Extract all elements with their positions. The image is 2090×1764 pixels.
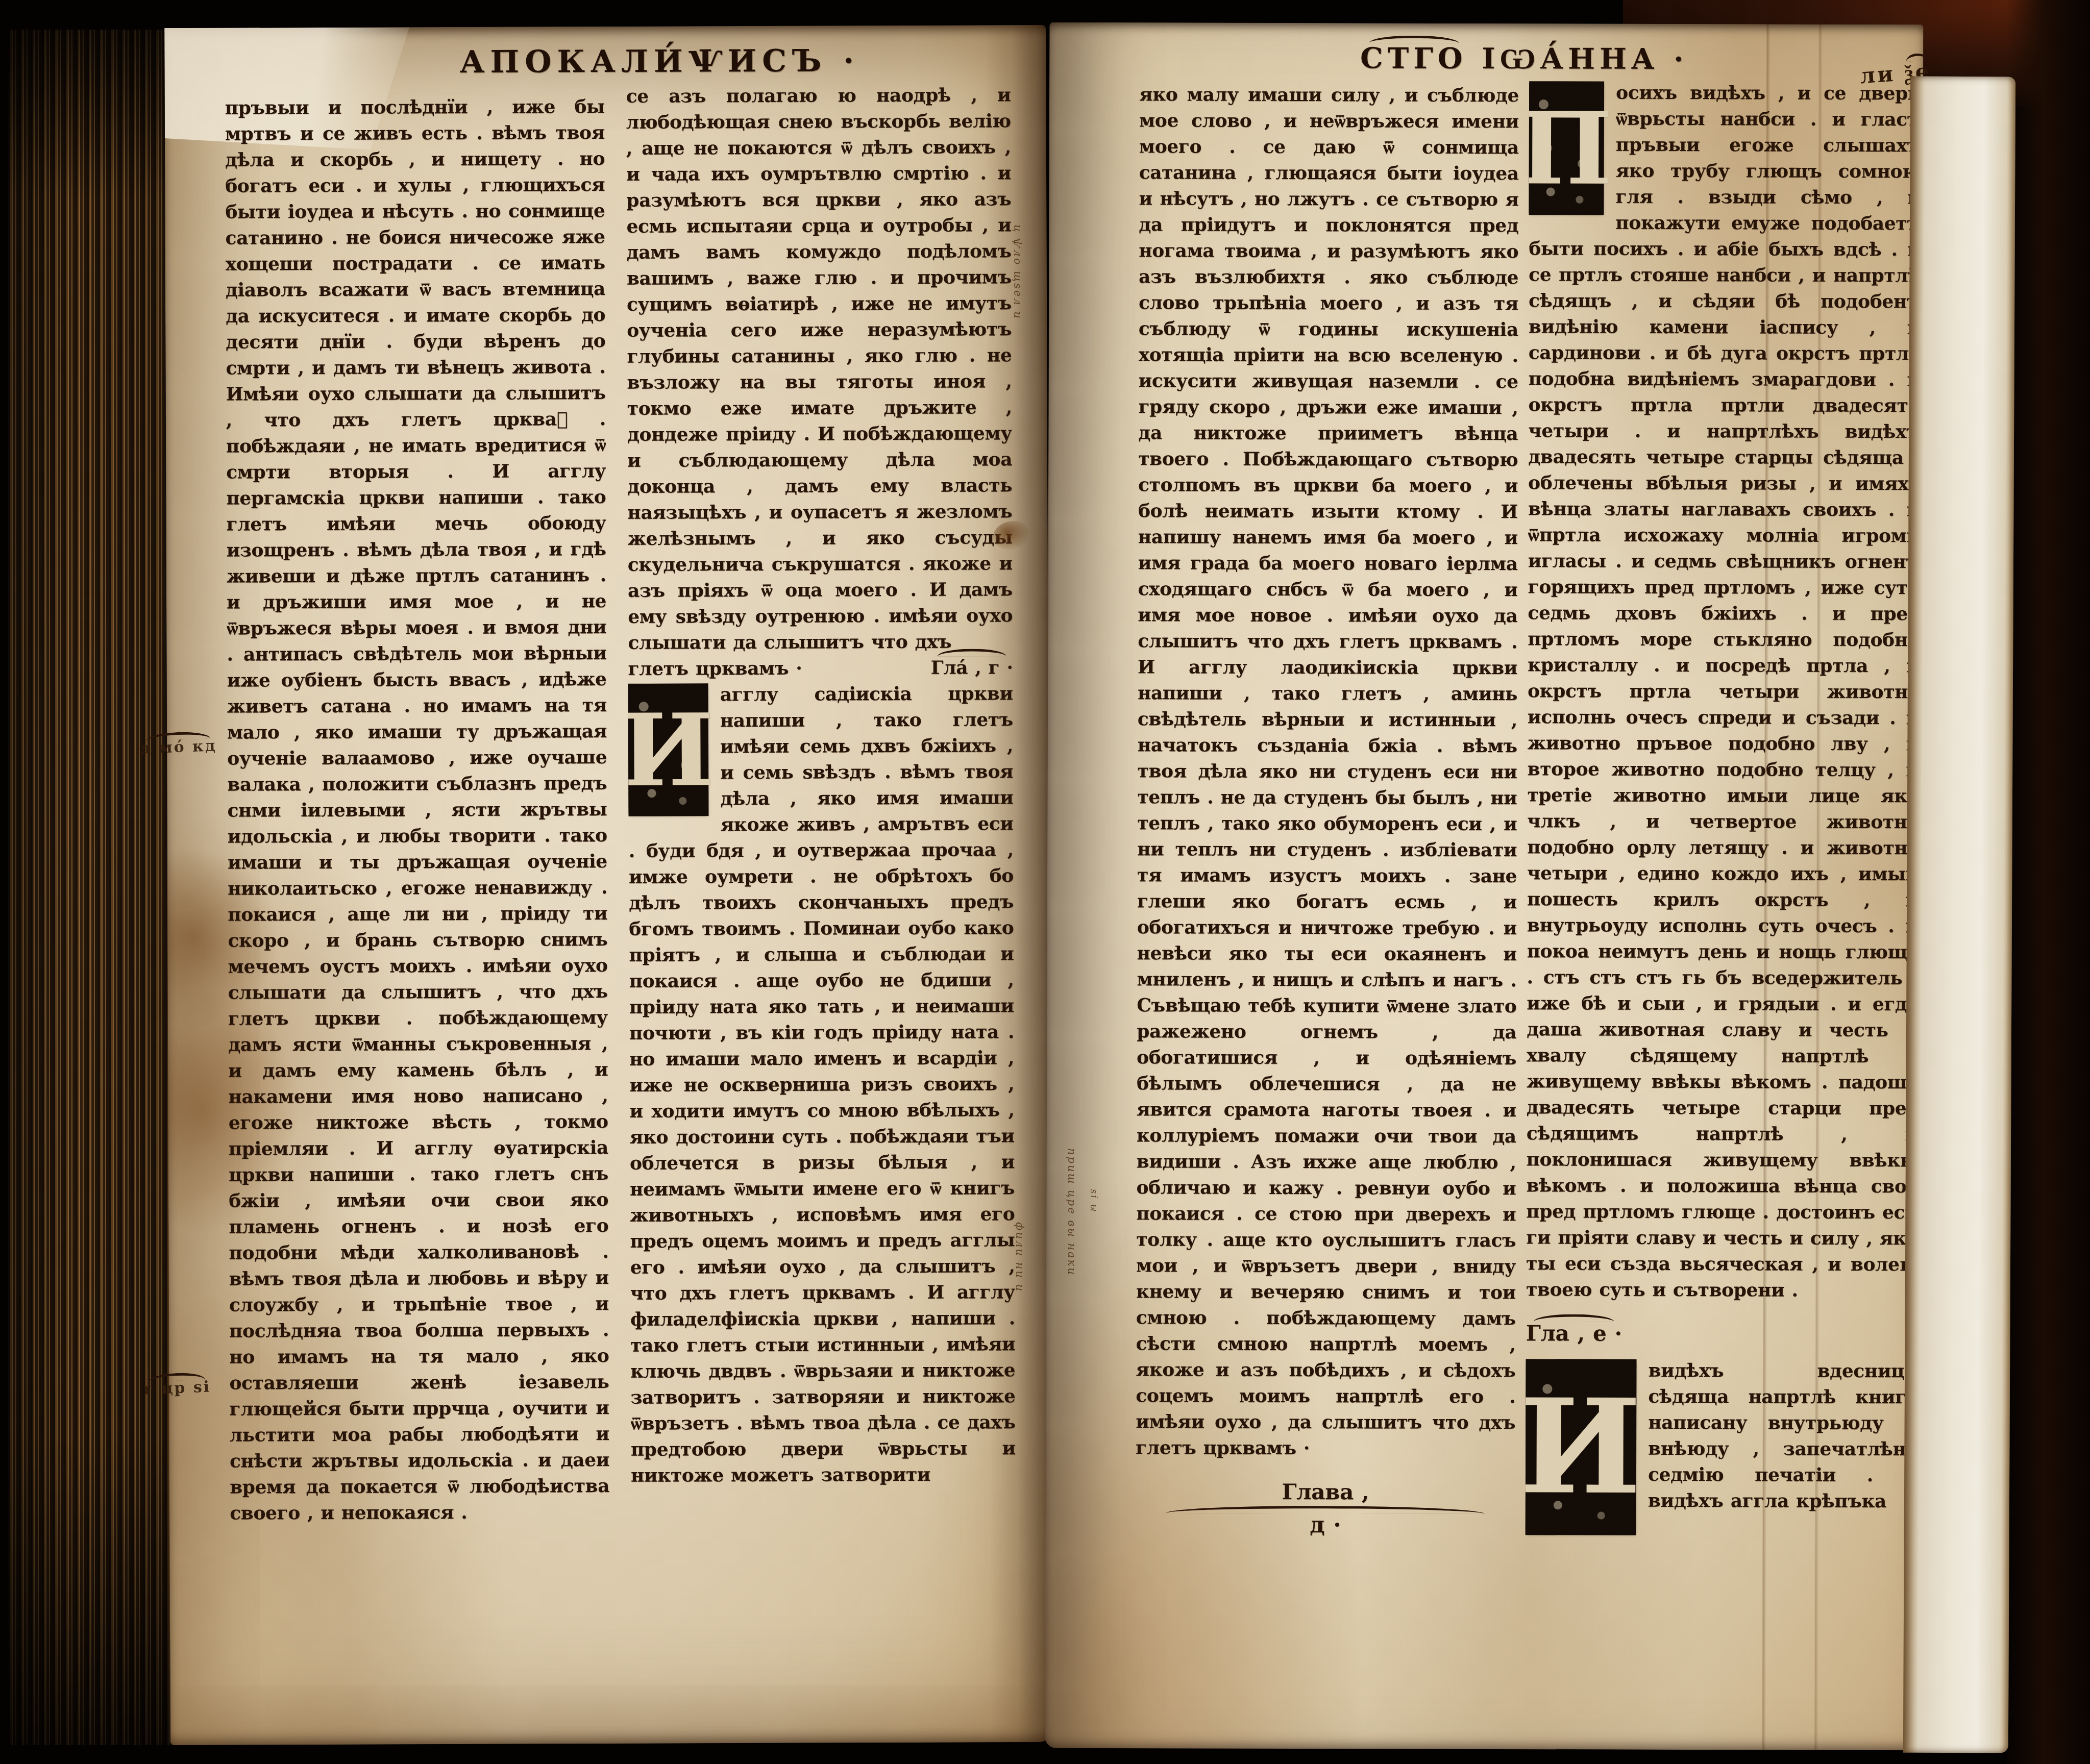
chapter-4-numeral: д ·: [1136, 1511, 1515, 1538]
left-column-1-text: пръвыи и послѣднїи , иже бы мртвъ и се ж…: [225, 96, 610, 1524]
margin-note-1: д мо́ кд: [140, 737, 217, 758]
right-column-2-text-b: видѣхъ вдесници сѣдяща напртлѣ книгу нап…: [1648, 1360, 1918, 1512]
ink-stain: [993, 521, 1029, 550]
book-photo: АПОКАЛИ́ѰИСЪ · пръвыи и послѣднїи , иже …: [0, 0, 2090, 1764]
right-column-2-text-a: осихъ видѣхъ , и се двери ѿврьсты нанбси…: [1526, 82, 1921, 1301]
left-column-2: се азъ полагаю ю наодрѣ , и любодѣющая с…: [626, 82, 1017, 1655]
chapter-3-heading-row: глетъ црквамъ · Гла́ , г ·: [628, 655, 1013, 682]
chapter-3-heading: Гла́ , г ·: [931, 655, 1013, 681]
chapter-4-paragraph: П осихъ видѣхъ , и се двери ѿврьсты нанб…: [1526, 80, 1921, 1304]
right-column-2: П осихъ видѣхъ , и се двери ѿврьсты нанб…: [1525, 80, 1921, 1617]
left-column-2-text-a: се азъ полагаю ю наодрѣ , и любодѣющая с…: [626, 84, 1013, 654]
chapter-5-heading: Гла , е ·: [1526, 1320, 1622, 1346]
chapter-4-heading: Глава , д ·: [1136, 1478, 1515, 1538]
ornamental-initial-i-2: И: [1526, 1361, 1634, 1533]
right-column-1: яко малу имаши силу , и съблюде мое слов…: [1135, 82, 1519, 1619]
gutter-gloss-4: фили ни и: [1014, 1222, 1026, 1293]
column-line-end: глетъ црквамъ ·: [628, 656, 802, 682]
chapter-3-paragraph: И агглу садіискіа цркви напиши , тако гл…: [628, 681, 1016, 1489]
gutter-gloss-2: приш цре вы наки: [1066, 1148, 1078, 1276]
left-page: АПОКАЛИ́ѰИСЪ · пръвыи и послѣднїи , иже …: [164, 25, 1052, 1745]
binding-right-edge: [2006, 0, 2090, 1764]
gutter-gloss-3: ѕі ы: [1088, 1189, 1099, 1213]
chapter-5-paragraph: И видѣхъ вдесници сѣдяща напртлѣ книгу н…: [1526, 1357, 1918, 1514]
right-running-title: СТГО ІѠА́ННА ·: [1253, 41, 1794, 77]
margin-note-2: г цр ѕі: [143, 1378, 211, 1398]
right-running-title-rest: ІѠА́ННА ·: [1482, 42, 1688, 76]
right-column-1-text: яко малу имаши силу , и съблюде мое слов…: [1136, 84, 1519, 1459]
chapter-4-label: Глава ,: [1282, 1479, 1369, 1504]
right-running-title-abbr: СТГО: [1360, 41, 1467, 76]
left-column-1: пръвыи и послѣднїи , иже бы мртвъ и се ж…: [225, 94, 610, 1555]
underlying-page-edge: [1903, 77, 2015, 1753]
left-running-title: АПОКАЛИ́ѰИСЪ ·: [440, 43, 879, 80]
gutter-gloss-1: ц ѱло щѕел и: [1012, 225, 1024, 320]
ornamental-initial-p: П: [1529, 84, 1602, 212]
ornamental-initial-i: И: [628, 686, 706, 814]
right-page: СТГО ІѠА́ННА · ли ѯе яко малу имаши силу…: [1045, 22, 1924, 1750]
